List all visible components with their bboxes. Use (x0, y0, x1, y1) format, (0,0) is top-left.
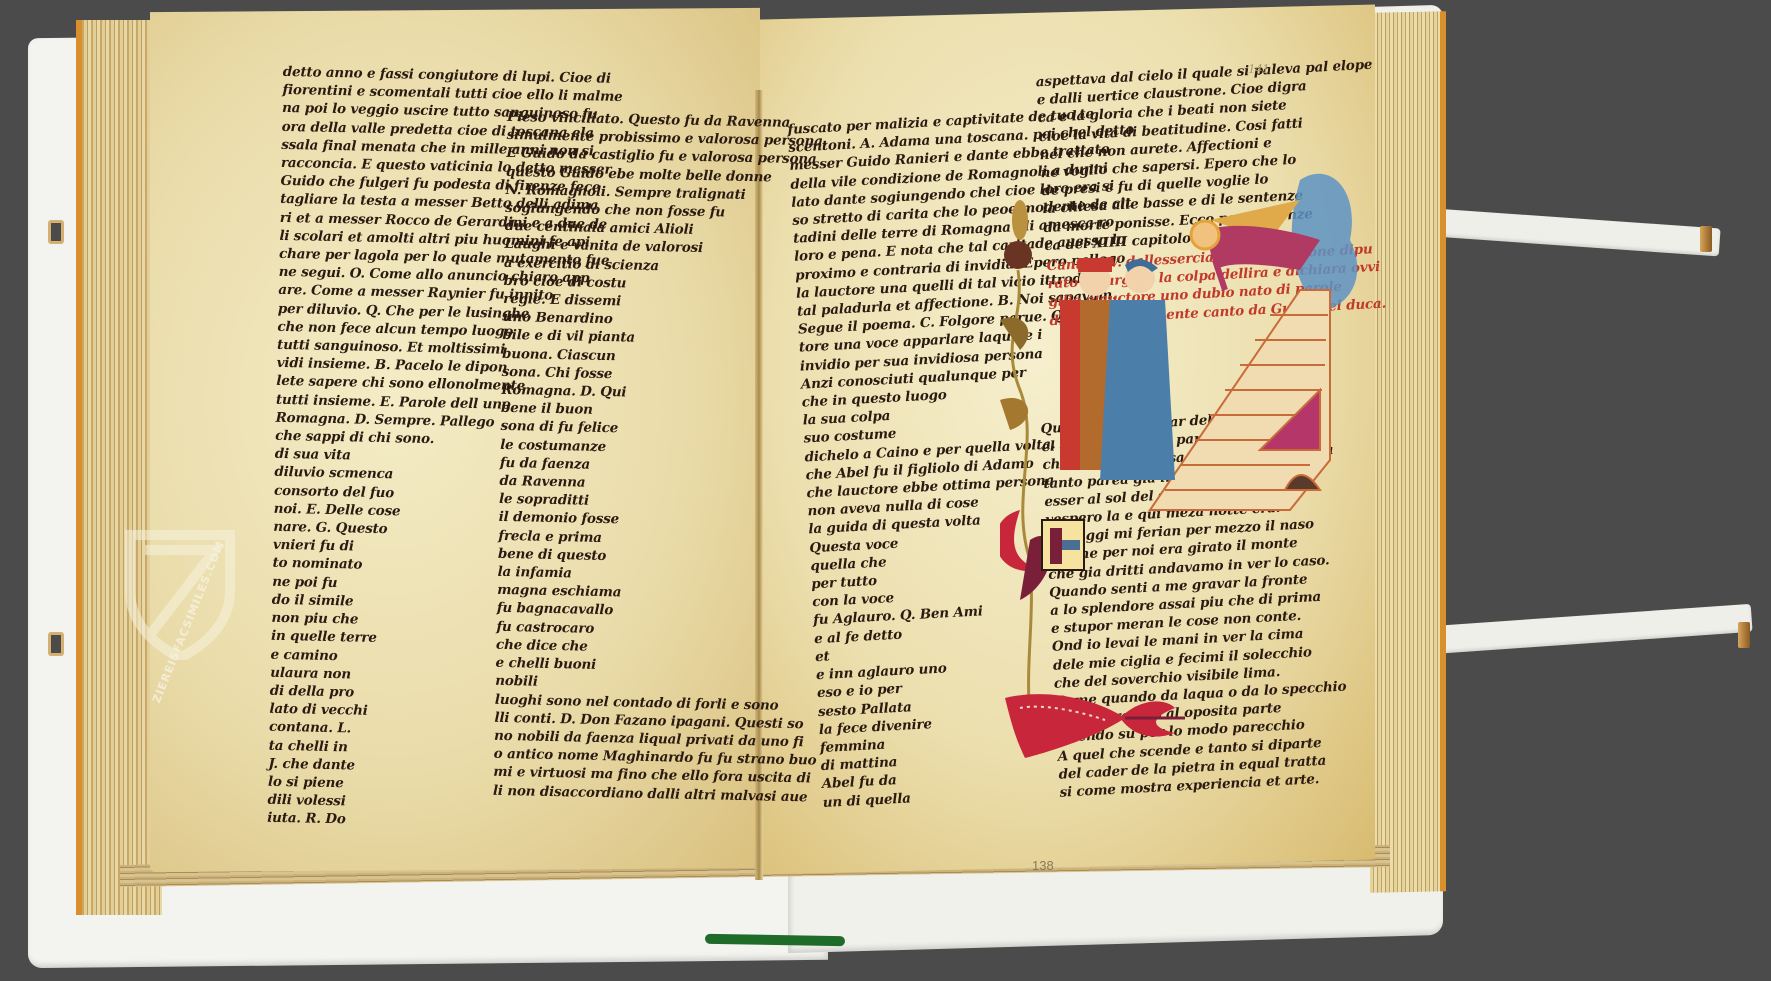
folio-number-top: 141 (1248, 62, 1269, 78)
clasp-strap-top[interactable] (1419, 208, 1720, 257)
dante-figure (1100, 259, 1175, 480)
right-page-edges (1370, 11, 1446, 893)
right-page-column-1: fuscato per malizia e captivitate de tuo… (787, 110, 1033, 812)
clasp-metal-end-top (1700, 226, 1712, 252)
clasp-loop-bottom (48, 632, 64, 656)
foliage-border (1000, 200, 1051, 720)
left-page-column-1: detto anno e fassi congiutore di lupi. C… (267, 63, 493, 832)
decorated-initial-q (1042, 520, 1084, 570)
clasp-loop-top (48, 220, 64, 244)
clasp-strap-bottom[interactable] (1429, 604, 1752, 654)
left-page-column-2: Pieso vinciliato. Questo fu da Ravennasi… (493, 108, 712, 804)
staircase (1150, 290, 1330, 510)
clasp-metal-end-bottom (1738, 622, 1750, 648)
miniature-illumination (1000, 160, 1380, 720)
folio-number-bottom: 138 (1032, 858, 1054, 873)
bottom-flourish-ornament (1005, 678, 1185, 768)
